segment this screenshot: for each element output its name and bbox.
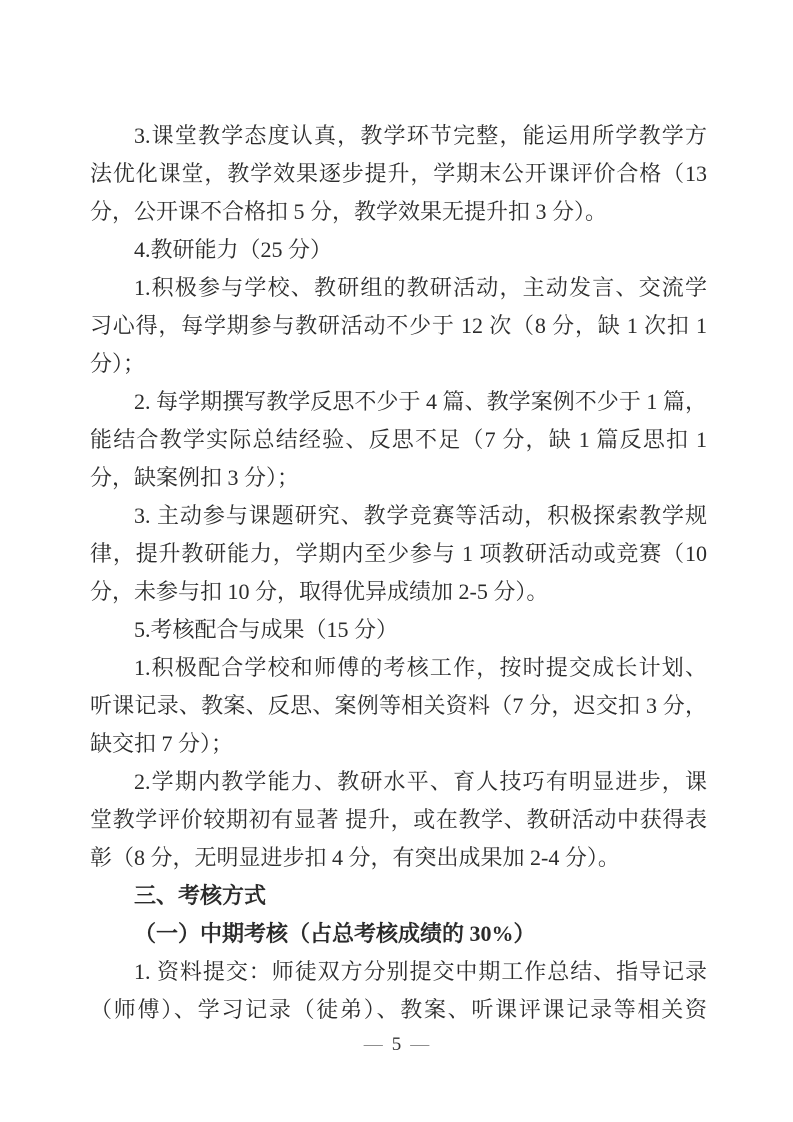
text-line: 分，未参与扣 10 分，取得优异成绩加 2-5 分）。 — [90, 573, 707, 611]
text-line: 缺交扣 7 分）； — [90, 725, 707, 763]
text-line: 法优化课堂，教学效果逐步提升，学期末公开课评价合格（13 — [90, 155, 707, 193]
text-line: 2.学期内教学能力、教研水平、育人技巧有明显进步，课 — [90, 763, 707, 801]
text-line: 3. 主动参与课题研究、教学竞赛等活动，积极探索教学规 — [90, 497, 707, 535]
text-line: 1.积极配合学校和师傅的考核工作，按时提交成长计划、 — [90, 649, 707, 687]
footer-dash-right: — — [410, 1034, 429, 1055]
text-line: 1.积极参与学校、教研组的教研活动，主动发言、交流学 — [90, 269, 707, 307]
text-line: 5.考核配合与成果（15 分） — [90, 611, 707, 649]
text-line: 律，提升教研能力，学期内至少参与 1 项教研活动或竞赛（10 — [90, 535, 707, 573]
document-page: 3.课堂教学态度认真，教学环节完整，能运用所学教学方法优化课堂，教学效果逐步提升… — [0, 0, 793, 1122]
text-line: （师傅）、学习记录（徒弟）、教案、听课评课记录等相关资 — [90, 991, 707, 1029]
text-line: 习心得，每学期参与教研活动不少于 12 次（8 分，缺 1 次扣 1 — [90, 307, 707, 345]
text-line: 能结合教学实际总结经验、反思不足（7 分，缺 1 篇反思扣 1 — [90, 421, 707, 459]
text-line: 4.教研能力（25 分） — [90, 231, 707, 269]
text-line: 三、考核方式 — [90, 877, 707, 915]
text-line: 分，缺案例扣 3 分）； — [90, 459, 707, 497]
footer-dash-left: — — [364, 1034, 383, 1055]
text-line: 3.课堂教学态度认真，教学环节完整，能运用所学教学方 — [90, 117, 707, 155]
text-line: 堂教学评价较期初有显著 提升，或在教学、教研活动中获得表 — [90, 801, 707, 839]
document-body: 3.课堂教学态度认真，教学环节完整，能运用所学教学方法优化课堂，教学效果逐步提升… — [90, 117, 707, 1029]
text-line: 彰（8 分，无明显进步扣 4 分，有突出成果加 2-4 分）。 — [90, 839, 707, 877]
page-footer: —5— — [0, 1033, 793, 1057]
text-line: 分，公开课不合格扣 5 分，教学效果无提升扣 3 分）。 — [90, 193, 707, 231]
text-line: 听课记录、教案、反思、案例等相关资料（7 分，迟交扣 3 分， — [90, 687, 707, 725]
text-line: 分）； — [90, 345, 707, 383]
text-line: 2. 每学期撰写教学反思不少于 4 篇、教学案例不少于 1 篇， — [90, 383, 707, 421]
text-line: 1. 资料提交：师徒双方分别提交中期工作总结、指导记录 — [90, 953, 707, 991]
text-line: （一）中期考核（占总考核成绩的 30%） — [90, 915, 707, 953]
page-number: 5 — [392, 1034, 402, 1055]
